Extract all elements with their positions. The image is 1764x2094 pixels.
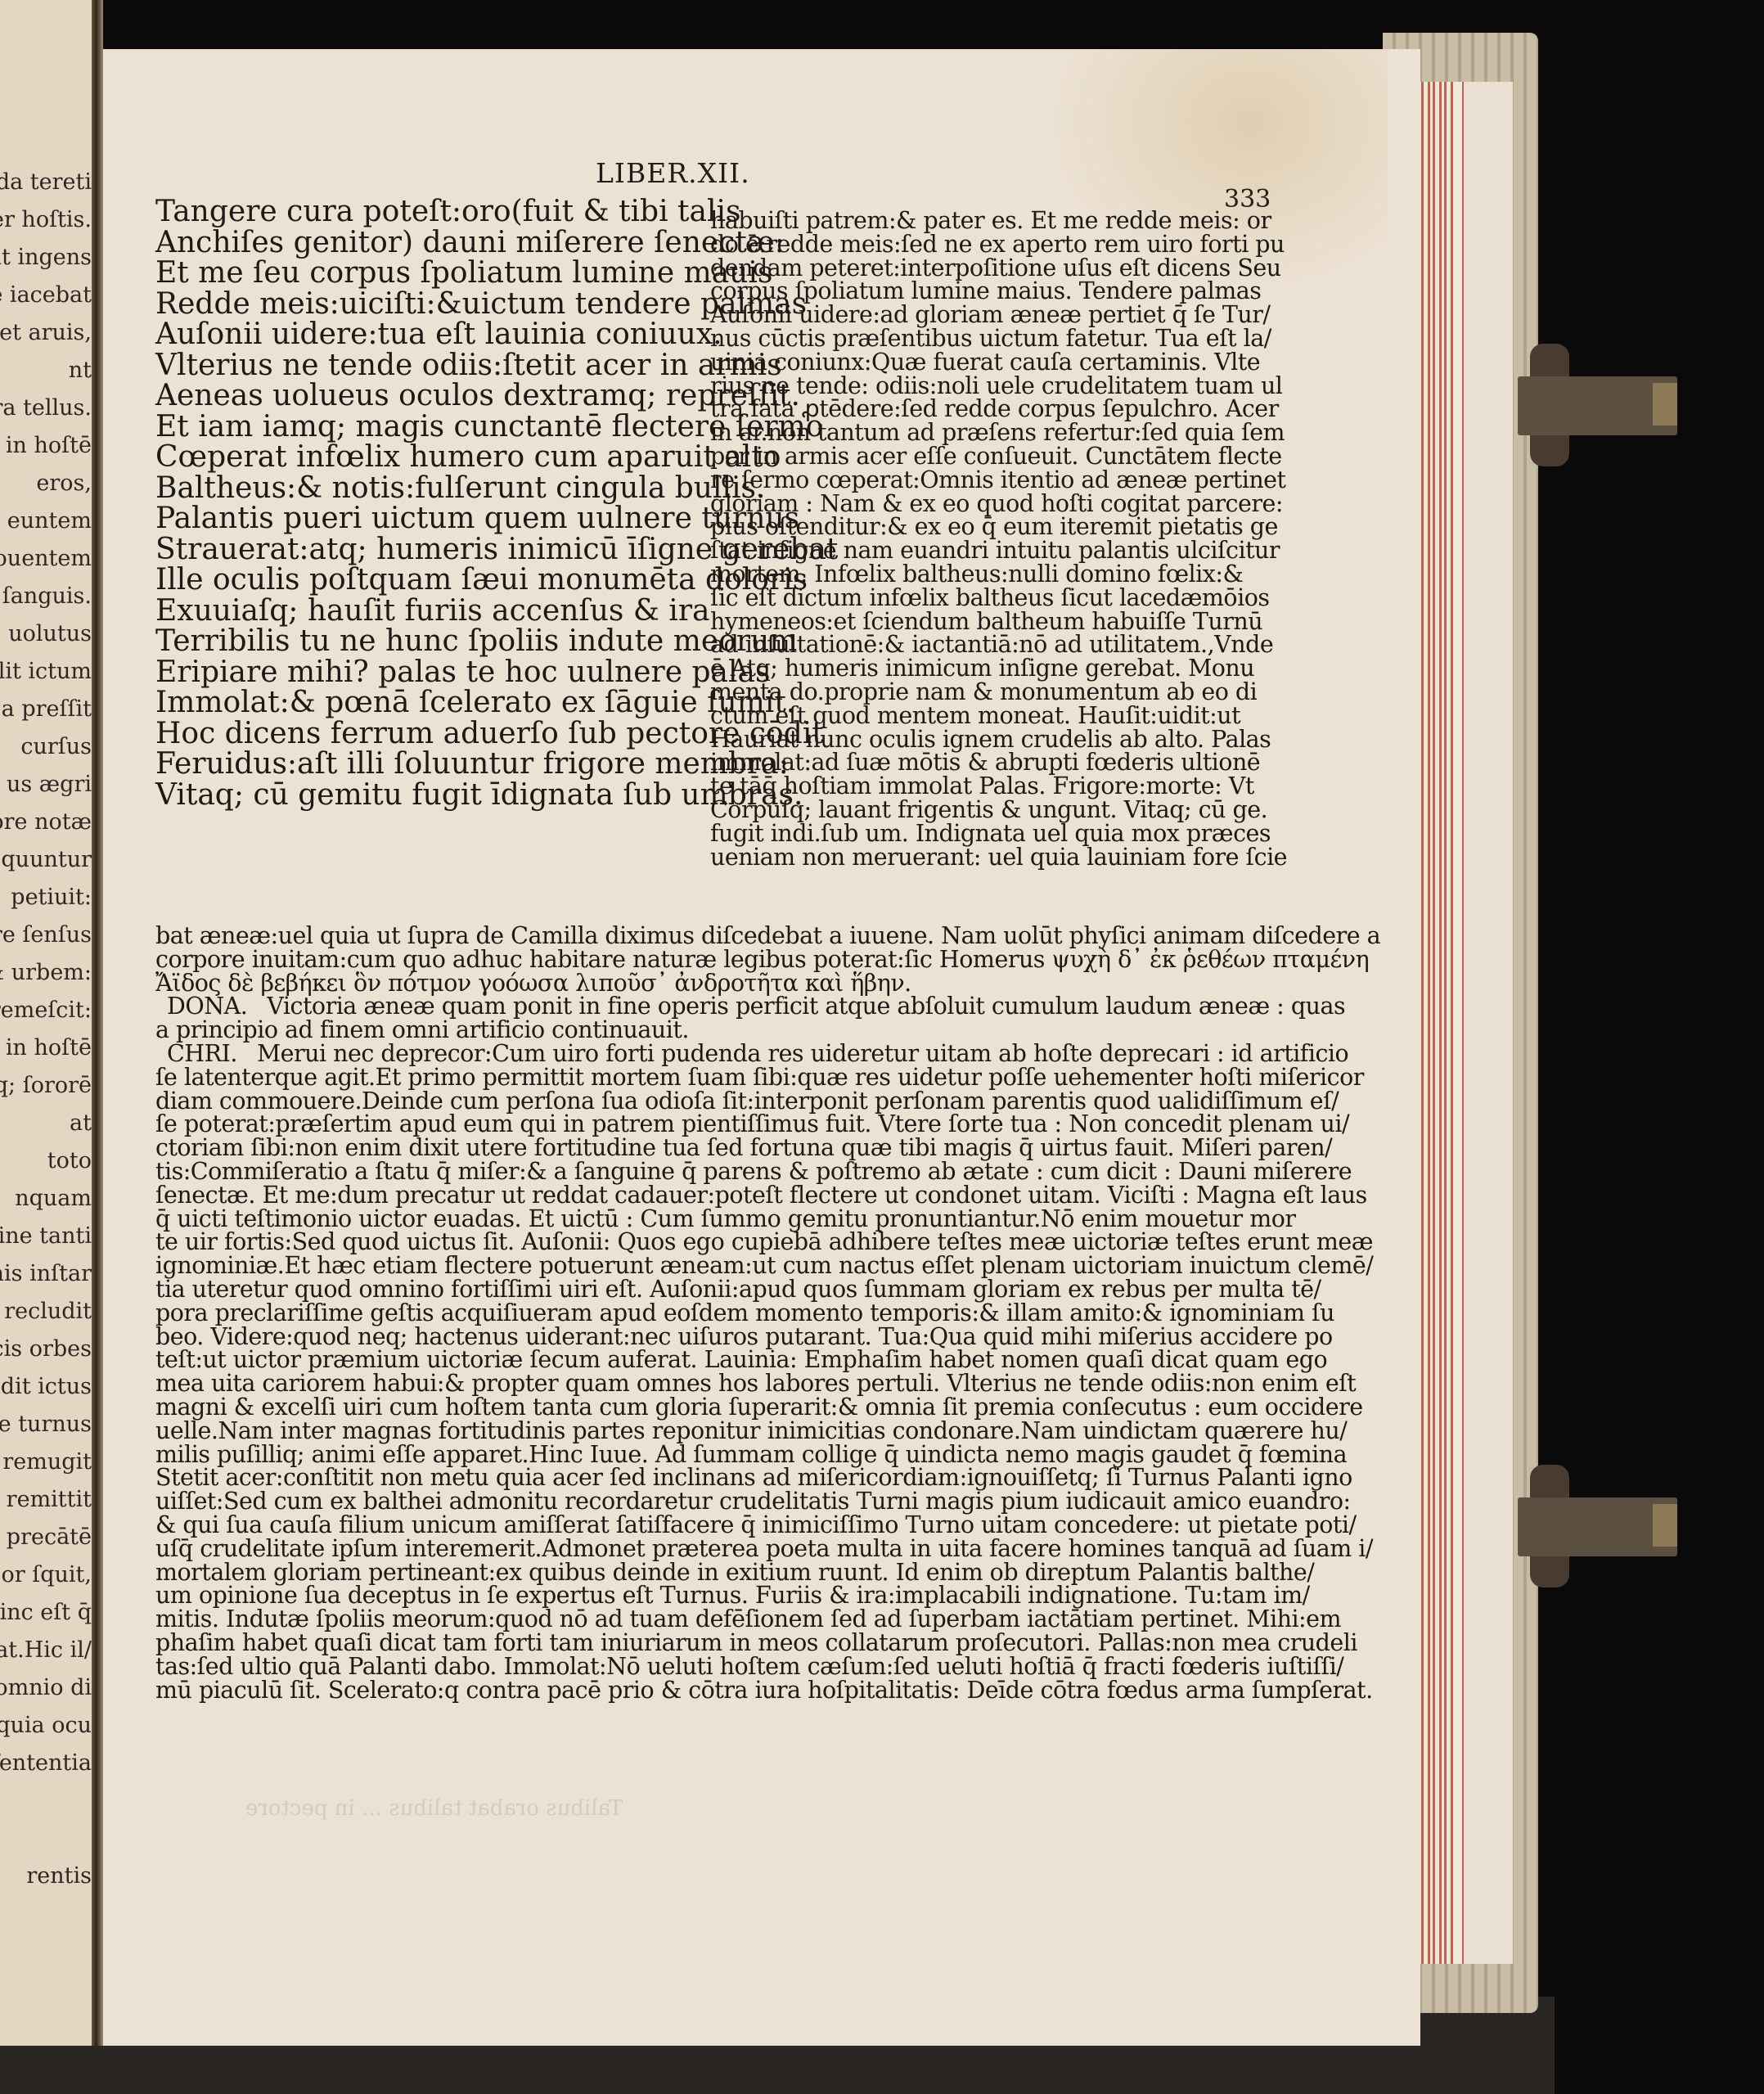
- commentary-line: phaſim habet quaſi dicat tam forti tam i…: [155, 1632, 1260, 1655]
- left-page-fragment: ſequuntur: [0, 841, 92, 878]
- left-page-fragment: ra tellus.: [0, 390, 92, 426]
- left-page-fragment: de inſomnio di: [0, 1669, 92, 1706]
- left-page-fragment: nine tanti: [0, 1218, 92, 1254]
- commentary-line: ſenectæ. Et me:dum precatur ut reddat ca…: [155, 1184, 1260, 1208]
- left-page-fragment: nonſtrat.Hic il/: [0, 1632, 92, 1668]
- verse-line: Terribilis tu ne hunc ſpoliis indute meo…: [155, 626, 704, 657]
- commentary-right-column: habuiſti patrem:& pater es. Et me redde …: [710, 209, 1258, 869]
- commentary-line: Corpuſq; lauant frigentis & ungunt. Vita…: [710, 799, 1258, 822]
- commentary-line: tia uteretur quod omnino fortiſſimi uiri…: [155, 1278, 1260, 1302]
- clasp-hook-top: [1653, 383, 1677, 426]
- commentary-line: re ſermo cœperat:Omnis itentio ad æneæ p…: [710, 469, 1258, 493]
- left-page-fragment: at in hoſtē: [0, 1029, 92, 1066]
- show-through-text: Talibus orabat talibus ... in pectore: [245, 1796, 623, 1821]
- left-page-fragment: te turnus: [0, 1406, 92, 1443]
- left-page-fragment: us ægri: [7, 766, 92, 803]
- commentary-line: ctoriam ſibi:non enim dixit utere fortit…: [155, 1137, 1260, 1160]
- book-gutter: [92, 0, 103, 2046]
- commentary-line: bat æneæ:uel quia ut ſupra de Camilla di…: [155, 925, 1260, 948]
- left-page-fragment: cidit ictus: [0, 1368, 92, 1405]
- verse-line: Immolat:& pœnā ſcelerato ex ſāguie ſumit…: [155, 687, 704, 718]
- commentary-line: te uir fortis:Sed quod uictus ſit. Auſon…: [155, 1231, 1260, 1254]
- commentary-line: in ar.non tantum ad præſens refertur:ſed…: [710, 421, 1258, 445]
- commentary-line: uſq̄ crudelitate ipſum interemerit.Admon…: [155, 1538, 1260, 1561]
- book-photograph: ida teretier hoſtis.cit ingense iacebate…: [0, 0, 1555, 2094]
- commentary-line: corpus ſpoliatum lumine maius. Tendere p…: [710, 280, 1258, 304]
- commentary-line: tra fata ꝓtēdere:ſed redde corpus ſepulc…: [710, 398, 1258, 421]
- left-page-fragment: curſus: [20, 728, 92, 765]
- verse-line: Ille oculis poſtquam ſæui monumēta dolor…: [155, 565, 704, 596]
- commentary-line: ſic eſt dictum infœlix baltheus ſicut la…: [710, 587, 1258, 610]
- clasp-hook-bottom: [1653, 1504, 1677, 1547]
- commentary-line: mitis. Indutæ ſpoliis meorum:quod nō ad …: [155, 1608, 1260, 1632]
- commentary-line: mū piaculū ſit. Scelerato:q contra pacē …: [155, 1679, 1260, 1703]
- commentary-line: te tāq̄ hoſtiam immolat Palas. Frigore:m…: [710, 775, 1258, 799]
- commentary-line: ctum eſt quod mentem moneat. Hauſit:uidi…: [710, 705, 1258, 728]
- commentary-line: ueniam non meruerant: uel quia lauiniam …: [710, 846, 1258, 870]
- commentary-line: habuiſti patrem:& pater es. Et me redde …: [710, 209, 1258, 233]
- left-page-fragment: pore notæ: [0, 804, 92, 840]
- commentary-line: diam commouere.Deinde cum perſona ſua od…: [155, 1090, 1260, 1114]
- clasp-metal-strap-top: [1518, 376, 1677, 435]
- commentary-line: milis puſilliq; animi eſſe apparet.Hinc …: [155, 1443, 1260, 1467]
- commentary-line: ē Atq; humeris inimicum inſigne gerebat.…: [710, 657, 1258, 681]
- commentary-line: q̄ uicti teſtimonio uictor euadas. Et ui…: [155, 1208, 1260, 1232]
- commentary-line: dendam peteret:interpoſitione uſus eſt d…: [710, 257, 1258, 281]
- page-fore-edge-red-stained: [1420, 82, 1477, 1964]
- left-page-fragment: euntem: [7, 502, 92, 539]
- left-page-fragment: precor ſquit,: [0, 1556, 92, 1593]
- verse-line: Et me ſeu corpus ſpoliatum lumine mauis: [155, 258, 704, 289]
- left-page-fragment: er hoſtis.: [0, 201, 92, 238]
- commentary-line: hymeneos:et ſciendum baltheum habuiſſe T…: [710, 610, 1258, 634]
- commentary-line: pora preclariſſime geſtis acquiſiueram a…: [155, 1302, 1260, 1326]
- commentary-line: uinia coniunx:Quæ fuerat cauſa certamini…: [710, 351, 1258, 375]
- verse-line: Auſonii uidere:tua eſt lauinia coniuux.: [155, 319, 704, 350]
- commentary-line: Auſonii uidere:ad gloriam æneæ pertiet q…: [710, 304, 1258, 327]
- left-page-fragment: q; ſororē: [0, 1067, 92, 1104]
- verse-line: Cœperat infœlix humero cum aparuit alto: [155, 442, 704, 473]
- commentary-line: ſe poterat:præſertim apud eum qui in pat…: [155, 1113, 1260, 1137]
- commentary-line: mortalem gloriam pertineant:ex quibus de…: [155, 1561, 1260, 1585]
- commentary-line: teſt:ut uictor præmium uictoriæ ſecum au…: [155, 1349, 1260, 1372]
- left-page-fragment: petiuit:: [11, 879, 92, 916]
- commentary-line: ignominiæ.Et hæc etiam flectere potuerun…: [155, 1254, 1260, 1278]
- commentary-line: gloriam : Nam & ex eo quod hoſti cogitat…: [710, 493, 1258, 516]
- verse-line: Eripiare mihi? palas te hoc uulnere pala…: [155, 657, 704, 688]
- commentary-line: CHRI.Merui nec deprecor:Cum uiro forti p…: [155, 1042, 1260, 1066]
- left-page-fragment: at: [70, 1105, 92, 1142]
- left-page-fragment: tremeſcit:: [0, 992, 92, 1029]
- left-page-fragment: a preſſit: [2, 691, 92, 727]
- left-page-fragment: oculis:quia ocu: [0, 1707, 92, 1744]
- verse-line: Strauerat:atq; humeris inimicū īſigne ge…: [155, 534, 704, 565]
- commentary-line: a principio ad finem omni artificio cont…: [155, 1019, 1260, 1042]
- left-page-fragment: rentis: [26, 1858, 92, 1894]
- left-page-fragment: ida tereti: [0, 164, 92, 200]
- verse-line: Vlterius ne tende odiis:ſtetit acer in a…: [155, 350, 704, 381]
- verse-line: Redde meis:uiciſti:&uictum tendere palma…: [155, 289, 704, 320]
- left-page-fragment: recludit: [4, 1293, 92, 1330]
- commentary-line: uiſſet:Sed cum ex balthei admonitu recor…: [155, 1490, 1260, 1514]
- verse-line: Baltheus:& notis:fulſerunt cingula bulli…: [155, 473, 704, 504]
- commentary-line: ſe latenterque agit.Et primo permittit m…: [155, 1066, 1260, 1090]
- left-page-fragment: icis orbes: [0, 1331, 92, 1367]
- commentary-line: mea uita cariorem habui:& propter quam o…: [155, 1372, 1260, 1396]
- left-page-fragment: a remittit: [0, 1481, 92, 1518]
- left-page-fragment: eret aruis,: [0, 314, 92, 351]
- left-page-fragment: nquam: [15, 1180, 92, 1217]
- left-page-fragment: ſententia: [0, 1745, 92, 1781]
- left-page-fragment: toto: [47, 1142, 92, 1179]
- commentary-line: nus cūctis præſentibus uictum fatetur. T…: [710, 327, 1258, 351]
- commentator-label: CHRI.: [167, 1042, 237, 1066]
- left-page-fragment: uolutus: [8, 615, 92, 652]
- verse-line: Feruidus:aſt illi ſoluuntur frigore memb…: [155, 749, 704, 780]
- commentary-line: immolat:ad ſuæ mōtis & abrupti fœderis u…: [710, 751, 1258, 775]
- commentary-line: Hauriat nunc oculis ignem crudelis ab al…: [710, 728, 1258, 752]
- commentary-line: tis:Commiſeratio a ſtatu q̄ miſer:& a ſa…: [155, 1160, 1260, 1184]
- left-page-fragment: nouentem: [0, 540, 92, 577]
- commentary-line: corpore inuitam:cum quo adhuc habitare n…: [155, 948, 1260, 972]
- clasp-metal-strap-bottom: [1518, 1497, 1677, 1556]
- commentary-line: magni & excelſi uiri cum hoſtem tanta cu…: [155, 1396, 1260, 1420]
- commentary-line: tas:ſed ultio quā Palanti dabo. Immolat:…: [155, 1655, 1260, 1679]
- verse-line: Tangere cura poteſt:oro(fuit & tibi tali…: [155, 196, 704, 227]
- commentary-line: Ἄϊδος δὲ βεβήκει ὃν πότμον γοόωσα λιποῦσ…: [155, 972, 1260, 996]
- verse-column: Tangere cura poteſt:oro(fuit & tibi tali…: [155, 196, 704, 810]
- commentary-line: & qui ſua cauſa filium unicum amiſſerat …: [155, 1514, 1260, 1538]
- verse-line: Vitaq; cū gemitu fugit īdignata ſub umbr…: [155, 780, 704, 811]
- commentary-text: mū piaculū ſit. Scelerato:q contra pacē …: [155, 1677, 1373, 1704]
- left-page-fragment: & urbem:: [0, 954, 92, 991]
- commentary-line: DONA.Victoria æneæ quam ponit in fine op…: [155, 995, 1260, 1019]
- verse-line: Et iam iamq; magis cunctantē flectere ſe…: [155, 412, 704, 443]
- commentary-line: per in armis acer eſſe conſueuit. Cunctā…: [710, 445, 1258, 469]
- commentary-line: beo. Videre:quod neq; hactenus uiderant:…: [155, 1326, 1260, 1349]
- left-page-fragment: remugit: [2, 1443, 92, 1480]
- left-page-fragment: āq; precātē: [0, 1519, 92, 1556]
- commentary-line: um opinione ſua deceptus in ſe expertus …: [155, 1584, 1260, 1608]
- left-page-fragment: nt: [69, 352, 92, 389]
- left-page-fragment: e iacebat: [0, 277, 92, 313]
- commentary-line: Stetit acer:conſtitit non metu quia acer…: [155, 1466, 1260, 1490]
- left-page-fragment: niret:hinc eſt q̄: [0, 1594, 92, 1631]
- commentary-line: rius ne tende: odiis:noli uele crudelita…: [710, 375, 1258, 399]
- left-page-fragment: t in hoſtē: [0, 427, 92, 464]
- left-page-fragment: lit ictum: [0, 653, 92, 690]
- commentary-line: mortem. Infœlix baltheus:nulli domino fœ…: [710, 563, 1258, 587]
- left-page-fragment: ſanguis.: [2, 578, 92, 615]
- left-page-verso: ida teretier hoſtis.cit ingense iacebate…: [0, 0, 97, 2046]
- commentary-line: fugit indi.ſub um. Indignata uel quia mo…: [710, 822, 1258, 846]
- commentary-line: uelle.Nam inter magnas fortitudinis part…: [155, 1420, 1260, 1443]
- commentary-full-width: bat æneæ:uel quia ut ſupra de Camilla di…: [155, 925, 1260, 1702]
- commentary-line: do ē:redde meis:ſed ne ex aperto rem uir…: [710, 233, 1258, 257]
- commentary-line: pius oſtenditur:& ex eo q̄ eum iteremit …: [710, 516, 1258, 539]
- commentary-line: menta do.proprie nam & monumentum ab eo …: [710, 681, 1258, 705]
- verse-line: Palantis pueri uictum quem uulnere turnu…: [155, 503, 704, 534]
- left-page-fragment: ore ſenſus: [0, 916, 92, 953]
- left-page-fragment: cit ingens: [0, 239, 92, 276]
- commentator-label: DONA.: [167, 995, 247, 1019]
- verse-line: Anchiſes genitor) dauni miſerere ſenectæ…: [155, 227, 704, 259]
- left-page-fragment: eros,: [36, 465, 92, 502]
- running-head: LIBER.XII.: [596, 157, 750, 189]
- commentary-line: ad inſultationē:& iactantiā:nō ad utilit…: [710, 633, 1258, 657]
- verse-line: Hoc dicens ferrum aduerſo ſub pectore cō…: [155, 718, 704, 750]
- verse-line: Exuuiaſq; hauſit furiis accenſus & ira: [155, 596, 704, 627]
- verse-line: Aeneas uolueus oculos dextramq; repreſſi…: [155, 381, 704, 412]
- left-page-fragment: nis inſtar: [0, 1255, 92, 1292]
- commentary-line: ſtat inſigne nam euandri intuitu palanti…: [710, 539, 1258, 563]
